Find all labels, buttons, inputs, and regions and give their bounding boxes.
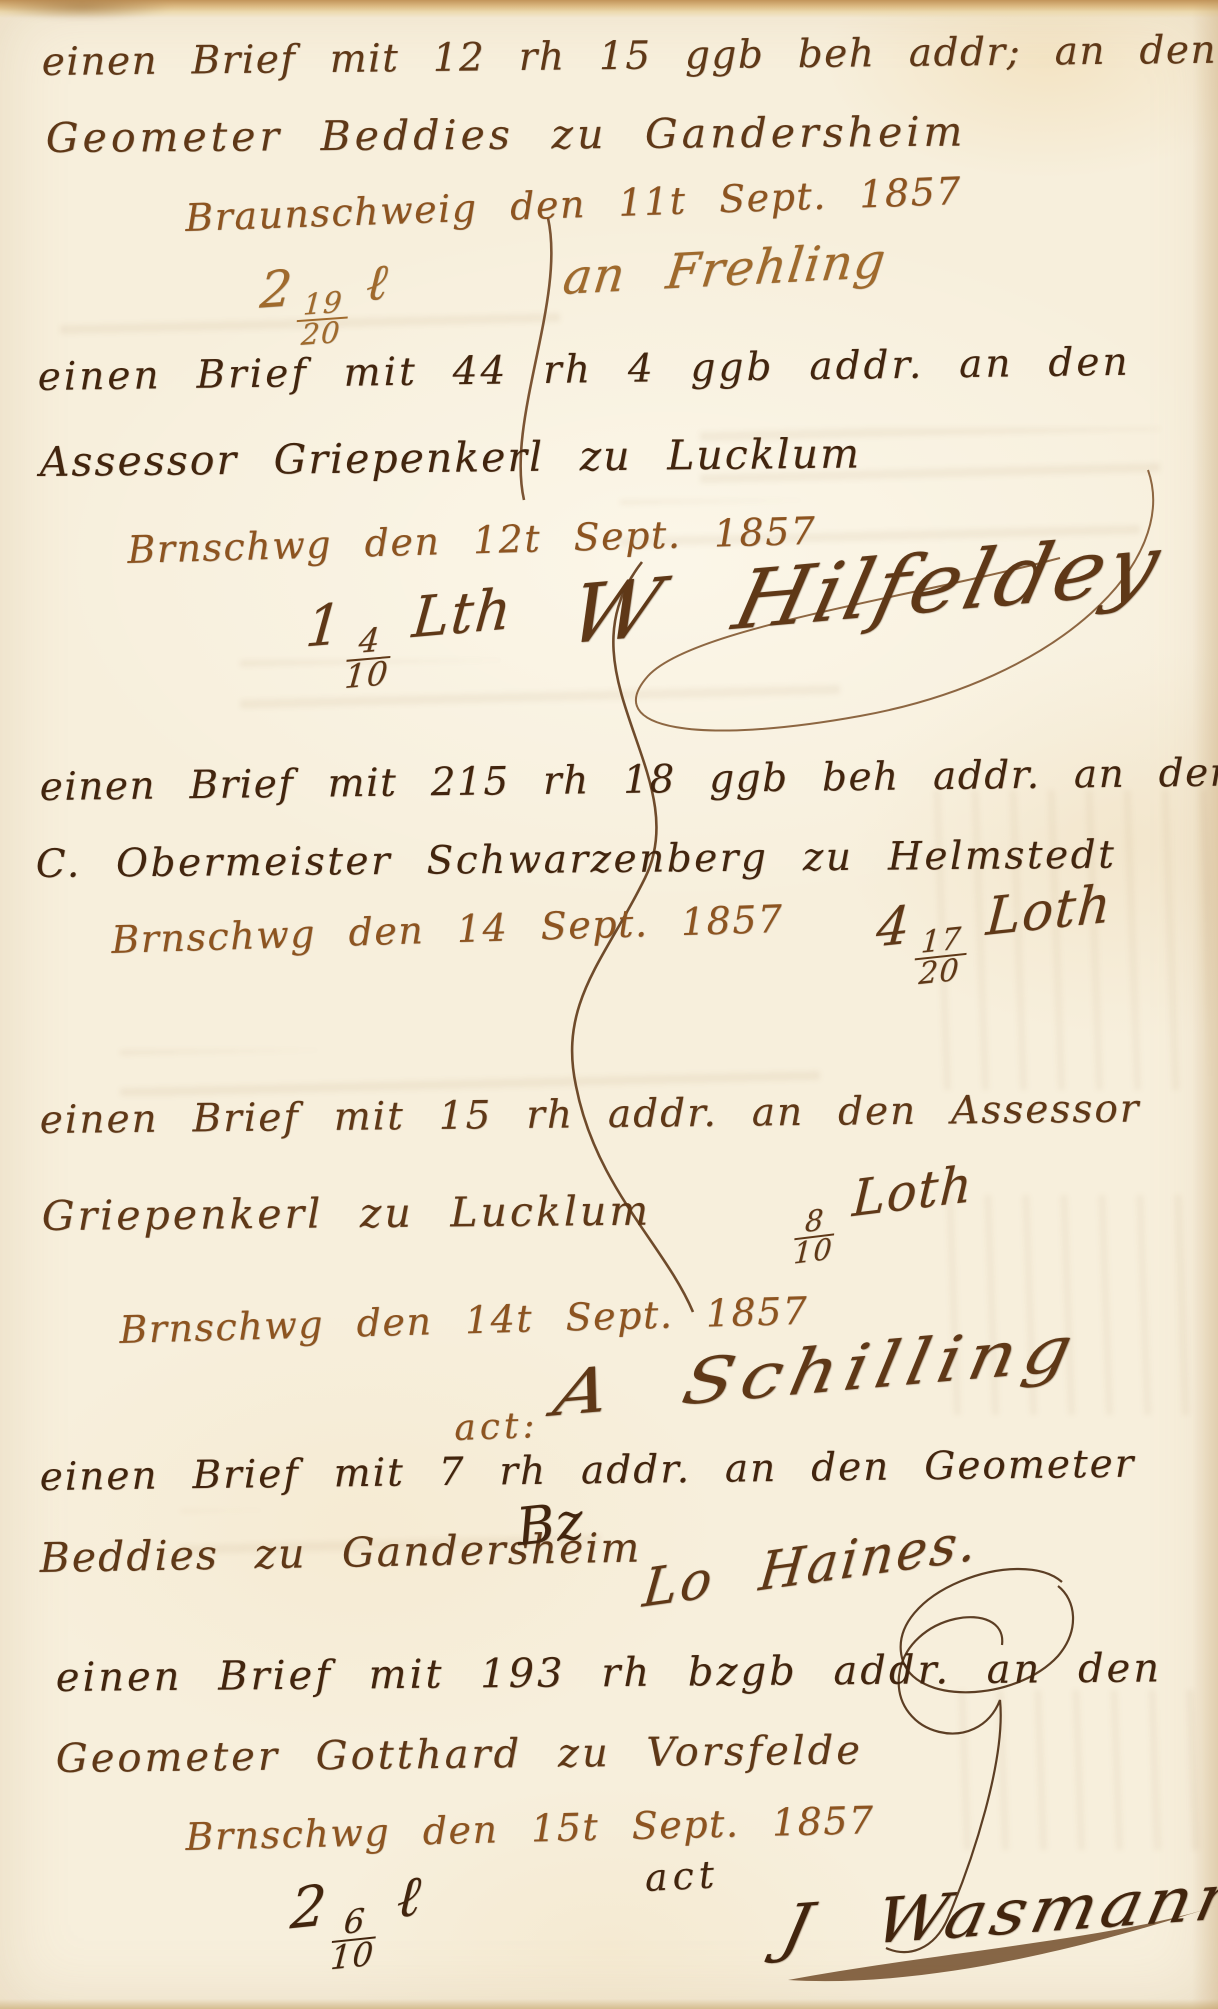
amount-denominator: 10 xyxy=(793,1235,834,1267)
entry-3-line-2: C. Obermeister Schwarzenberg zu Helmsted… xyxy=(36,833,1117,887)
ink-showthrough-patch xyxy=(950,1690,1200,1850)
scan-edge-top xyxy=(0,0,1218,18)
entry-1-date-line: Braunschweig den 11t Sept. 1857 xyxy=(184,169,962,240)
entry-2-line-2: Assessor Griepenkerl zu Lucklum xyxy=(39,429,861,486)
entry-6-annotation: act xyxy=(644,1852,720,1900)
amount-unit: Loth xyxy=(851,1155,975,1229)
entry-4-line-2: Griepenkerl zu Lucklum xyxy=(42,1187,652,1240)
ink-showthrough-patch xyxy=(120,1050,820,1096)
scanned-ledger-page: einen Brief mit 12 rh 15 ggb beh addr; a… xyxy=(0,0,1218,2009)
amount-unit: Lth xyxy=(410,577,516,651)
entry-5-line-1: einen Brief mit 7 rh addr. an den Geomet… xyxy=(39,1442,1135,1500)
scan-edge-top-corner-shadow xyxy=(0,0,172,20)
entry-4-annotation: act: xyxy=(454,1405,540,1449)
amount-fraction: 410 xyxy=(344,626,394,692)
amount-denominator: 10 xyxy=(329,1938,375,1973)
entry-6-date-line: Brnschwg den 15t Sept. 1857 xyxy=(185,1798,875,1859)
entry-1-note: an Frehling xyxy=(560,233,890,306)
amount-unit: ℓ xyxy=(395,1863,424,1931)
amount-fraction: 810 xyxy=(793,1206,836,1266)
entry-3-date-line: Brnschwg den 14 Sept. 1857 xyxy=(111,897,785,962)
entry-1-line-1: einen Brief mit 12 rh 15 ggb beh addr; a… xyxy=(42,28,1218,85)
entry-5-signature: Lo Haines. xyxy=(640,1511,982,1620)
entry-6-line-1: einen Brief mit 193 rh bzgb addr. an den xyxy=(56,1645,1163,1701)
amount-fraction: 610 xyxy=(329,1906,377,1973)
amount-denominator: 20 xyxy=(295,318,347,348)
entry-6-line-2: Geometer Gotthard zu Vorsfelde xyxy=(56,1728,864,1782)
entry-5-annotation: Bz xyxy=(514,1491,588,1558)
amount-whole: 2 xyxy=(258,259,295,320)
entry-4-date-line: Brnschwg den 14t Sept. 1857 xyxy=(119,1289,809,1352)
amount-unit: Loth xyxy=(984,874,1114,948)
scan-edge-right xyxy=(1192,0,1218,2009)
entry-6-amount: 2610ℓ xyxy=(286,1863,424,1978)
amount-denominator: 20 xyxy=(912,955,966,988)
amount-whole: 2 xyxy=(288,1873,330,1943)
amount-fraction: 1920 xyxy=(295,289,349,348)
amount-unit: ℓ xyxy=(364,252,390,312)
entry-1-line-2: Geometer Beddies zu Gandersheim xyxy=(46,108,967,162)
amount-fraction: 1720 xyxy=(912,925,968,988)
amount-whole: 4 xyxy=(874,895,913,959)
scan-edge-bottom xyxy=(0,1999,1218,2009)
entry-6-signature: J Wasmann xyxy=(775,1858,1218,1965)
entry-1-amount: 21920ℓ xyxy=(256,252,391,351)
entry-2-line-1: einen Brief mit 44 rh 4 ggb addr. an den xyxy=(37,340,1130,400)
amount-denominator: 10 xyxy=(344,658,391,692)
entry-2-amount: 1410Lth xyxy=(300,577,515,696)
amount-whole: 1 xyxy=(303,592,346,661)
